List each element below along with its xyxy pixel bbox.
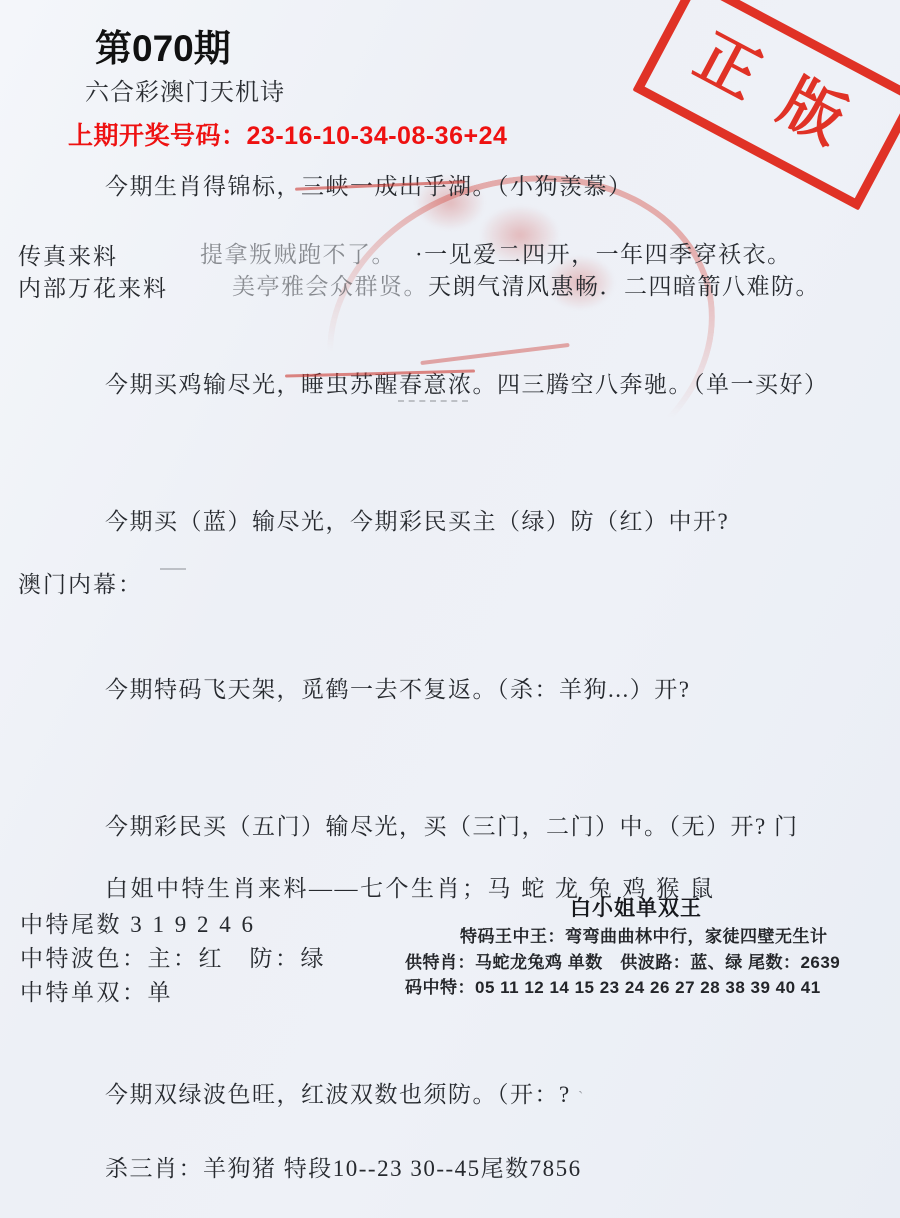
baixiaojie-title: 白小姐单双王 bbox=[570, 892, 702, 922]
zhengban-authenticity-stamp: 正版 bbox=[632, 0, 900, 210]
special-wave-color-line: 中特波色：主：红 防：绿 bbox=[20, 940, 326, 973]
poem-line-10-text: 今期双绿波色旺，红波双数也须防。（开：? bbox=[105, 1082, 571, 1107]
internal-poem-faded: 美亭雅会众群贤。 bbox=[232, 268, 428, 301]
king-of-kings-line: 特码王中王：弯弯曲曲林中行，家徒四壁无生计 bbox=[460, 922, 828, 947]
last-draw-numbers: 23-16-10-34-08-36+24 bbox=[247, 122, 508, 150]
special-odd-even-line: 中特单双：单 bbox=[20, 974, 173, 1007]
tip-sheet-page: 正版 第070期 六合彩澳门天机诗 上期开奖号码：23-16-10-34-08-… bbox=[0, 0, 900, 1218]
poem-line-5: 今期买（蓝）输尽光，今期彩民买主（绿）防（红）中开? bbox=[105, 503, 729, 536]
special-tail-numbers-line: 中特尾数 3 1 9 2 4 6 bbox=[20, 906, 256, 939]
fax-source-label: 传真来料 bbox=[18, 238, 118, 271]
fax-poem-text: ·一见爱二四开，一年四季穿袄衣。 bbox=[415, 236, 792, 269]
last-draw-label: 上期开奖号码： bbox=[68, 122, 247, 150]
poem-line-7: 今期特码飞天架，觅鹤一去不复返。（杀：羊狗...）开? bbox=[105, 671, 690, 704]
small-pen-mark bbox=[160, 568, 186, 570]
special-code-numbers-line: 码中特：05 11 12 14 15 23 24 26 27 28 38 39 … bbox=[405, 973, 821, 998]
gray-dash-mark bbox=[398, 400, 468, 402]
supply-zodiac-wave-line: 供特肖：马蛇龙兔鸡 单数 供波路：蓝、绿 尾数：2639 bbox=[405, 948, 840, 973]
faint-tick-mark: ˋ bbox=[578, 1089, 585, 1106]
fax-poem-faded: 提拿叛贼跑不了。 bbox=[200, 236, 396, 269]
last-draw-row: 上期开奖号码：23-16-10-34-08-36+24 bbox=[68, 116, 507, 152]
internal-source-label: 内部万花来料 bbox=[18, 270, 168, 303]
kill-three-zodiac-line: 杀三肖：羊狗猪 特段10--23 30--45尾数7856 bbox=[105, 1150, 582, 1183]
poem-line-8: 今期彩民买（五门）输尽光，买（三门，二门）中。（无）开? 门 bbox=[105, 808, 798, 841]
poem-line-10: 今期双绿波色旺，红波双数也须防。（开：? ˋ bbox=[105, 1076, 585, 1109]
zhengban-stamp-text: 正版 bbox=[668, 16, 884, 170]
issue-number-title: 第070期 bbox=[95, 18, 231, 72]
internal-poem-text: 天朗气清风惠畅．二四暗箭八难防。 bbox=[428, 268, 820, 301]
sheet-subtitle: 六合彩澳门天机诗 bbox=[85, 72, 285, 107]
macau-insider-label: 澳门内幕： bbox=[18, 566, 143, 599]
